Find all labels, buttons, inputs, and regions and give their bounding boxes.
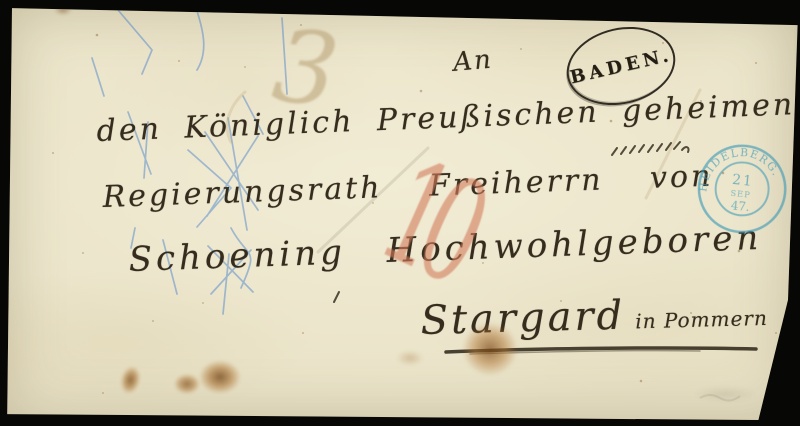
ink-stain — [199, 360, 241, 394]
heidelberg-cds-postmark: HEIDELBERG. 21 SEP 47. — [689, 136, 797, 244]
manuscript-salutation: An — [452, 45, 494, 78]
cds-year: 47. — [730, 198, 750, 214]
foxing-specks — [0, 0, 2, 2]
cover-paper: An den Königlich Preußischen geheimen Re… — [0, 0, 800, 426]
destination-region: in Pommern — [635, 306, 768, 333]
ink-stain — [396, 350, 424, 366]
ink-stain — [54, 5, 72, 15]
photo-background: An den Königlich Preußischen geheimen Re… — [0, 0, 800, 426]
pencil-smudge — [693, 386, 757, 402]
destination-name: Stargard — [420, 293, 626, 344]
ink-stain — [174, 374, 200, 394]
ink-stain — [462, 322, 518, 376]
